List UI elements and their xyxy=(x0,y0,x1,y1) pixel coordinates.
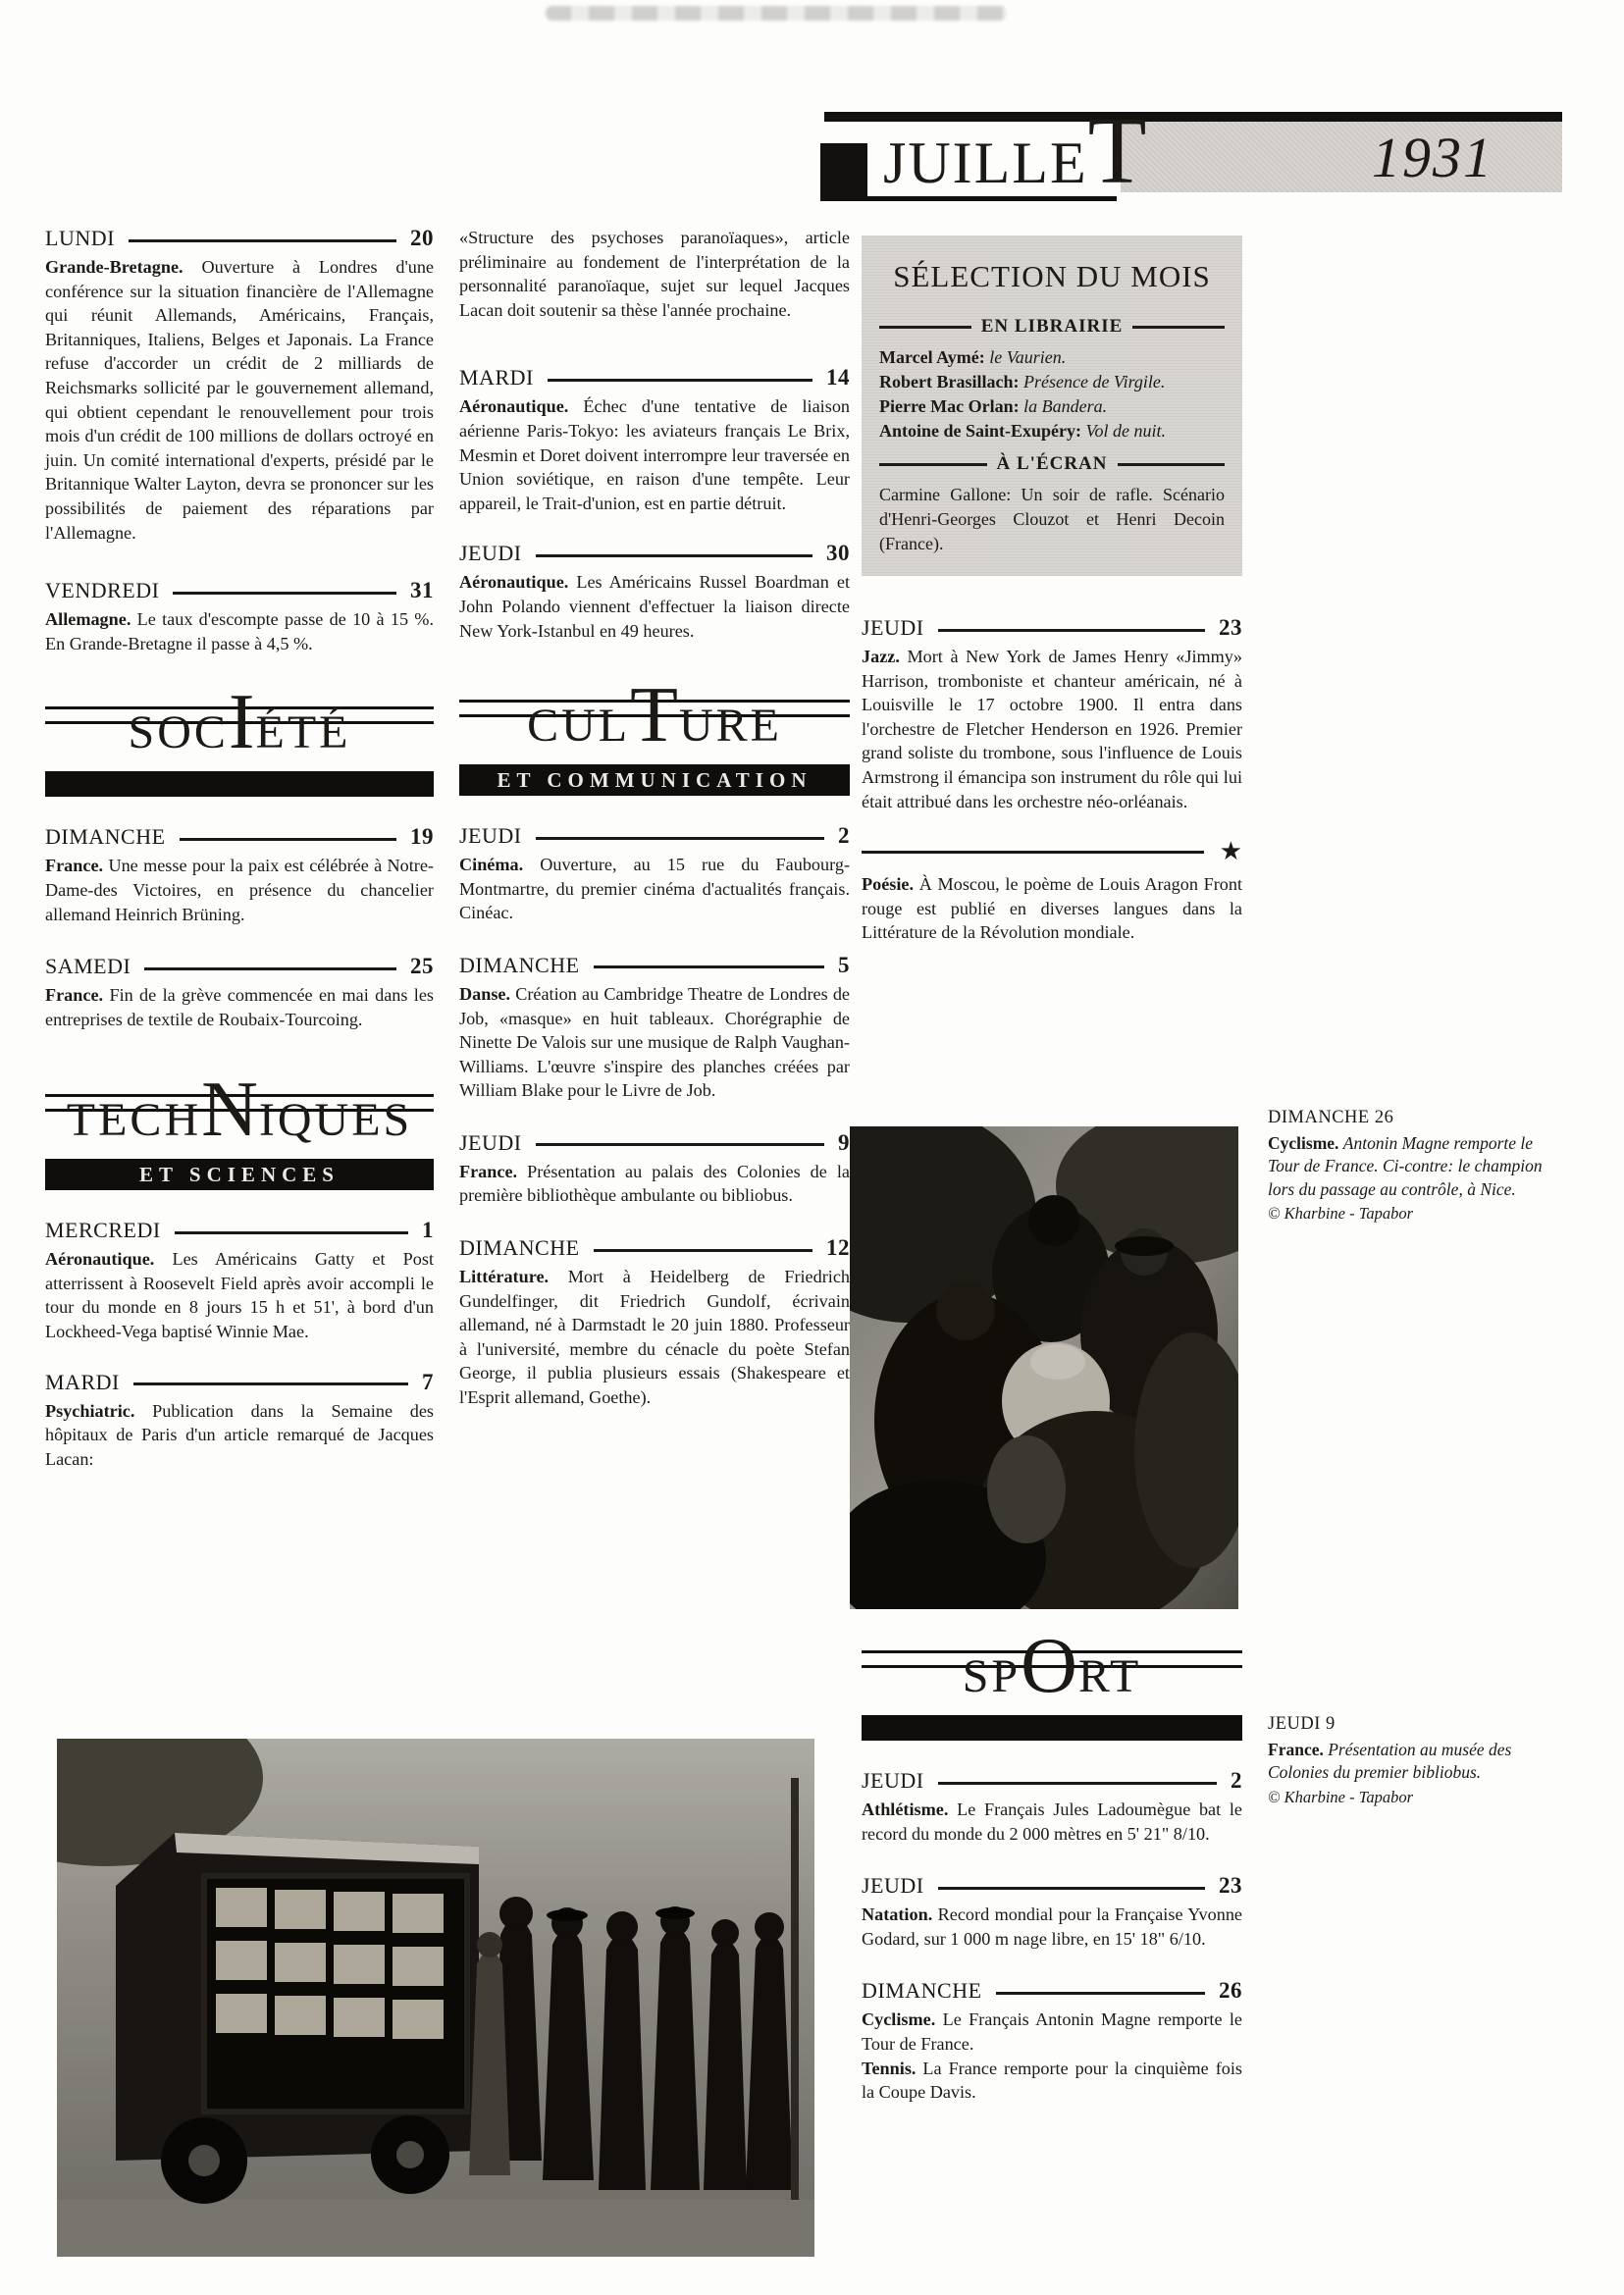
selection-du-mois-box: SÉLECTION DU MOIS EN LIBRAIRIE Marcel Ay… xyxy=(862,235,1242,576)
entry-body: Tennis. La France remporte pour la cinqu… xyxy=(862,2057,1242,2105)
entry-body: Aéronautique. Échec d'une tentative de l… xyxy=(459,394,850,515)
entry-jeudi-30: JEUDI 30 Aéronautique. Les Américains Ru… xyxy=(459,541,850,643)
subhead-rule xyxy=(1118,463,1226,466)
subhead-rule xyxy=(879,326,971,329)
date-rule xyxy=(144,967,396,970)
section-title: SOCIÉTÉ xyxy=(45,683,434,769)
section-title: SPORT xyxy=(862,1627,1242,1713)
entry-date-header: JEUDI 9 xyxy=(459,1130,850,1156)
poesie-paragraph: Poésie. À Moscou, le poème de Louis Arag… xyxy=(862,872,1242,945)
entry-date-header: JEUDI 2 xyxy=(459,823,850,849)
entry-mardi-14: MARDI 14 Aéronautique. Échec d'une tenta… xyxy=(459,365,850,515)
subhead-rule xyxy=(1132,326,1225,329)
section-sport: SPORT xyxy=(862,1627,1242,1741)
continuation-paragraph: «Structure des psychoses paranoïaques», … xyxy=(459,226,850,322)
entry-jeudi-9-bibliobus: JEUDI 9 France. Présentation au palais d… xyxy=(459,1130,850,1208)
star-icon: ★ xyxy=(1220,847,1242,857)
entry-date-header: JEUDI 23 xyxy=(862,615,1242,641)
entry-body: France. Fin de la grève commencée en mai… xyxy=(45,983,434,1031)
entry-body: Aéronautique. Les Américains Russel Boar… xyxy=(459,570,850,643)
entry-body: France. Une messe pour la paix est céléb… xyxy=(45,854,434,926)
date-rule xyxy=(594,1249,812,1252)
column-left: LUNDI 20 Grande-Bretagne. Ouverture à Lo… xyxy=(45,226,434,1500)
entry-date-header: MARDI 7 xyxy=(45,1370,434,1395)
entry-lundi-20: LUNDI 20 Grande-Bretagne. Ouverture à Lo… xyxy=(45,226,434,545)
section-black-bar: ET COMMUNICATION xyxy=(459,764,850,796)
column-right-bottom: SPORT JEUDI 2 Athlétisme. Le Français Ju… xyxy=(862,1627,1242,2134)
black-square-icon xyxy=(820,143,867,196)
entry-body: Jazz. Mort à New York de James Henry «Ji… xyxy=(862,645,1242,813)
entry-jeudi-23-natation: JEUDI 23 Natation. Record mondial pour l… xyxy=(862,1873,1242,1951)
date-rule xyxy=(536,1143,824,1146)
date-rule xyxy=(996,1992,1205,1995)
entry-body: Cyclisme. Le Français Antonin Magne remp… xyxy=(862,2008,1242,2056)
section-black-bar xyxy=(45,771,434,797)
entry-body: Cinéma. Ouverture, au 15 rue du Faubourg… xyxy=(459,853,850,925)
entry-date-header: MARDI 14 xyxy=(459,365,850,391)
date-rule xyxy=(938,1782,1217,1785)
entry-date-header: DIMANCHE 26 xyxy=(862,1978,1242,2004)
entry-date-header: JEUDI 2 xyxy=(862,1768,1242,1794)
masthead-month: JUILLE T xyxy=(820,104,1147,210)
entry-dimanche-5: DIMANCHE 5 Danse. Création au Cambridge … xyxy=(459,953,850,1103)
selection-title: SÉLECTION DU MOIS xyxy=(879,259,1225,294)
section-techniques: TECHNIQUES ET SCIENCES xyxy=(45,1070,434,1190)
entry-samedi-25: SAMEDI 25 France. Fin de la grève commen… xyxy=(45,954,434,1031)
section-culture: CULTURE ET COMMUNICATION xyxy=(459,676,850,796)
caption-text: Cyclisme. Antonin Magne remporte le Tour… xyxy=(1268,1132,1554,1202)
selection-item: Marcel Aymé: le Vaurien. xyxy=(879,345,1225,370)
year-box: 1931 xyxy=(1121,122,1562,192)
entry-body: Danse. Création au Cambridge Theatre de … xyxy=(459,982,850,1103)
caption-date: JEUDI 9 xyxy=(1268,1713,1554,1737)
entry-body: Aéronautique. Les Américains Gatty et Po… xyxy=(45,1247,434,1343)
date-rule xyxy=(180,838,396,841)
date-rule xyxy=(536,837,824,840)
month-title-big-letter: T xyxy=(1088,104,1147,198)
date-rule xyxy=(175,1231,408,1234)
entry-body: Natation. Record mondial pour la Françai… xyxy=(862,1903,1242,1951)
selection-item: Robert Brasillach: Présence de Virgile. xyxy=(879,370,1225,394)
caption-date: DIMANCHE 26 xyxy=(1268,1107,1554,1130)
date-rule xyxy=(938,1887,1205,1890)
column-right-top: SÉLECTION DU MOIS EN LIBRAIRIE Marcel Ay… xyxy=(862,235,1242,945)
entry-date-header: JEUDI 23 xyxy=(862,1873,1242,1899)
column-middle: «Structure des psychoses paranoïaques», … xyxy=(459,226,850,1439)
entry-jeudi-23-jazz: JEUDI 23 Jazz. Mort à New York de James … xyxy=(862,615,1242,813)
subhead-rule xyxy=(879,463,987,466)
section-black-bar xyxy=(862,1715,1242,1741)
entry-date-header: VENDREDI 31 xyxy=(45,578,434,603)
caption-text: France. Présentation au musée des Coloni… xyxy=(1268,1739,1554,1785)
entry-body: France. Présentation au palais des Colon… xyxy=(459,1160,850,1208)
date-rule xyxy=(173,592,396,595)
date-rule xyxy=(536,554,812,557)
entry-date-header: DIMANCHE 19 xyxy=(45,824,434,850)
month-title: JUILLE xyxy=(883,116,1088,210)
entry-date-header: LUNDI 20 xyxy=(45,226,434,251)
scan-artifact xyxy=(546,6,1007,21)
photo-cyclisme-tour-de-france xyxy=(850,1126,1238,1609)
entry-date-header: JEUDI 30 xyxy=(459,541,850,566)
entry-body: Allemagne. Le taux d'escompte passe de 1… xyxy=(45,607,434,655)
date-rule xyxy=(938,629,1205,632)
entry-mercredi-1: MERCREDI 1 Aéronautique. Les Américains … xyxy=(45,1218,434,1343)
selection-subhead-librairie: EN LIBRAIRIE xyxy=(879,316,1225,338)
caption-cyclisme: DIMANCHE 26 Cyclisme. Antonin Magne remp… xyxy=(1268,1107,1554,1241)
entry-jeudi-2-cinema: JEUDI 2 Cinéma. Ouverture, au 15 rue du … xyxy=(459,823,850,925)
section-societe: SOCIÉTÉ xyxy=(45,683,434,797)
star-divider: ★ xyxy=(862,847,1242,857)
entry-body: Psychiatric. Publication dans la Semaine… xyxy=(45,1399,434,1472)
date-rule xyxy=(548,379,812,382)
date-rule xyxy=(133,1382,408,1385)
caption-credit: © Kharbine - Tapabor xyxy=(1268,1786,1554,1809)
entry-vendredi-31: VENDREDI 31 Allemagne. Le taux d'escompt… xyxy=(45,578,434,655)
caption-credit: © Kharbine - Tapabor xyxy=(1268,1202,1554,1226)
entry-body: Littérature. Mort à Heidelberg de Friedr… xyxy=(459,1265,850,1410)
selection-screen-item: Carmine Gallone: Un soir de rafle. Scéna… xyxy=(879,483,1225,556)
masthead: JUILLE T 1931 xyxy=(820,96,1562,202)
entry-body: Grande-Bretagne. Ouverture à Londres d'u… xyxy=(45,255,434,545)
year-label: 1931 xyxy=(1372,125,1493,190)
section-title: TECHNIQUES xyxy=(45,1070,434,1157)
entry-date-header: MERCREDI 1 xyxy=(45,1218,434,1243)
entry-date-header: DIMANCHE 5 xyxy=(459,953,850,978)
photo-bibliobus xyxy=(57,1739,814,2257)
selection-item: Pierre Mac Orlan: la Bandera. xyxy=(879,394,1225,419)
section-title: CULTURE xyxy=(459,676,850,762)
entry-body: Athlétisme. Le Français Jules Ladoumègue… xyxy=(862,1798,1242,1846)
entry-jeudi-2-athletisme: JEUDI 2 Athlétisme. Le Français Jules La… xyxy=(862,1768,1242,1846)
entry-dimanche-19: DIMANCHE 19 France. Une messe pour la pa… xyxy=(45,824,434,926)
caption-bibliobus: JEUDI 9 France. Présentation au musée de… xyxy=(1268,1713,1554,1825)
photo-cyclisme-illustration xyxy=(850,1126,1238,1609)
date-rule xyxy=(594,965,824,968)
date-rule xyxy=(129,239,396,242)
entry-date-header: DIMANCHE 12 xyxy=(459,1235,850,1261)
almanac-page: JUILLE T 1931 LUNDI 20 Grande-Bretagne. … xyxy=(0,0,1624,2295)
section-black-bar: ET SCIENCES xyxy=(45,1159,434,1190)
entry-dimanche-12: DIMANCHE 12 Littérature. Mort à Heidelbe… xyxy=(459,1235,850,1410)
selection-subhead-ecran: À L'ÉCRAN xyxy=(879,453,1225,475)
photo-bibliobus-illustration xyxy=(57,1739,814,2257)
entry-dimanche-26-cyclisme: DIMANCHE 26 Cyclisme. Le Français Antoni… xyxy=(862,1978,1242,2104)
selection-item: Antoine de Saint-Exupéry: Vol de nuit. xyxy=(879,419,1225,443)
entry-date-header: SAMEDI 25 xyxy=(45,954,434,979)
divider-rule xyxy=(862,851,1204,854)
entry-mardi-7: MARDI 7 Psychiatric. Publication dans la… xyxy=(45,1370,434,1472)
